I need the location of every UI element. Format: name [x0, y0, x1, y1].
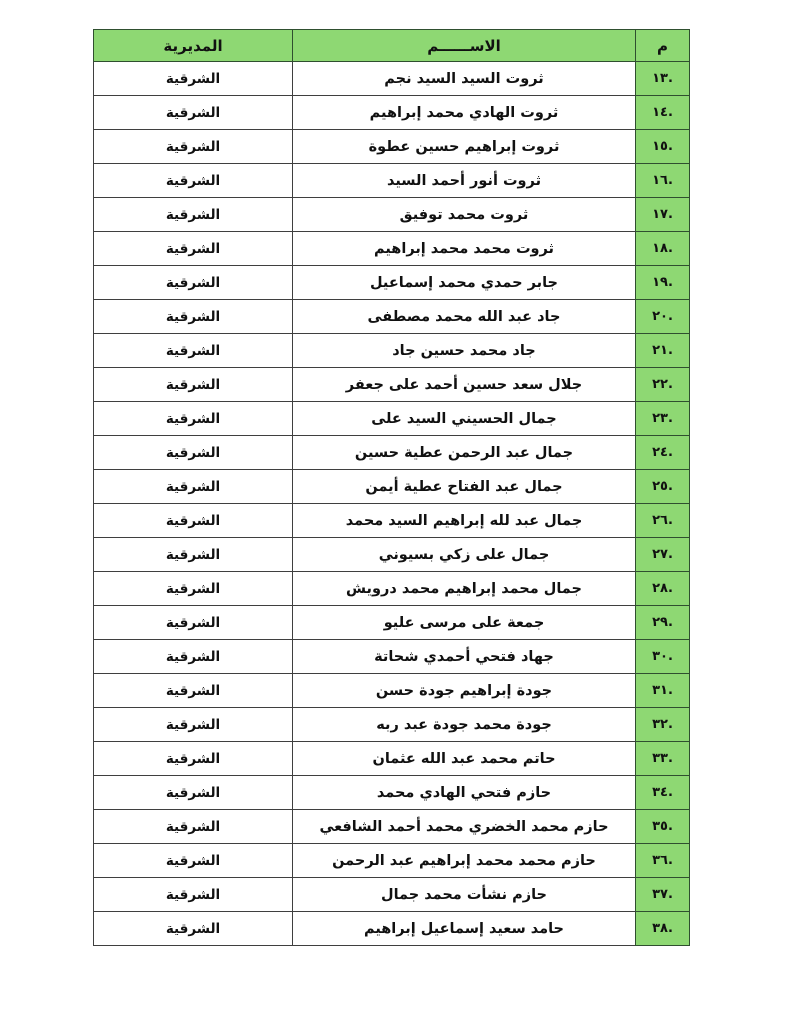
row-number: .١٥: [636, 130, 690, 164]
table-row: .٢٧جمال على زكي بسيونيالشرقية: [94, 538, 690, 572]
person-name: حازم محمد الخضري محمد أحمد الشافعي: [293, 810, 636, 844]
person-name: حازم محمد محمد إبراهيم عبد الرحمن: [293, 844, 636, 878]
row-number: .٢١: [636, 334, 690, 368]
row-number: .١٧: [636, 198, 690, 232]
directorate: الشرقية: [94, 912, 293, 946]
person-name: جابر حمدي محمد إسماعيل: [293, 266, 636, 300]
person-name: جلال سعد حسين أحمد على جعفر: [293, 368, 636, 402]
table-row: .٢٥جمال عبد الفتاح عطية أيمنالشرقية: [94, 470, 690, 504]
row-number: .٣٢: [636, 708, 690, 742]
table-row: .٣٧حازم نشأت محمد جمالالشرقية: [94, 878, 690, 912]
directorate: الشرقية: [94, 470, 293, 504]
row-number: .٣٨: [636, 912, 690, 946]
directorate: الشرقية: [94, 402, 293, 436]
directorate: الشرقية: [94, 436, 293, 470]
row-number: .١٩: [636, 266, 690, 300]
directorate: الشرقية: [94, 62, 293, 96]
directorate: الشرقية: [94, 232, 293, 266]
table-row: .٢٩جمعة على مرسى عليوالشرقية: [94, 606, 690, 640]
row-number: .٢٤: [636, 436, 690, 470]
person-name: جمعة على مرسى عليو: [293, 606, 636, 640]
directorate: الشرقية: [94, 96, 293, 130]
row-number: .١٦: [636, 164, 690, 198]
row-number: .٢٥: [636, 470, 690, 504]
directorate: الشرقية: [94, 776, 293, 810]
row-number: .٢٨: [636, 572, 690, 606]
table-row: .٢٣جمال الحسيني السيد علىالشرقية: [94, 402, 690, 436]
document-page: م الاســــــم المديرية .١٣ثروت السيد الس…: [93, 29, 689, 946]
table-row: .١٣ثروت السيد السيد نجمالشرقية: [94, 62, 690, 96]
directorate: الشرقية: [94, 334, 293, 368]
table-row: .٣٥حازم محمد الخضري محمد أحمد الشافعيالش…: [94, 810, 690, 844]
row-number: .٢٣: [636, 402, 690, 436]
table-row: .٢٤جمال عبد الرحمن عطية حسينالشرقية: [94, 436, 690, 470]
table-body: .١٣ثروت السيد السيد نجمالشرقية.١٤ثروت ال…: [94, 62, 690, 946]
row-number: .٢٠: [636, 300, 690, 334]
person-name: ثروت الهادي محمد إبراهيم: [293, 96, 636, 130]
table-row: .٣٠جهاد فتحي أحمدي شحاتةالشرقية: [94, 640, 690, 674]
directorate: الشرقية: [94, 606, 293, 640]
table-row: .٣٨حامد سعيد إسماعيل إبراهيمالشرقية: [94, 912, 690, 946]
table-row: .٣٣حاتم محمد عبد الله عثمانالشرقية: [94, 742, 690, 776]
row-number: .٣٠: [636, 640, 690, 674]
person-name: ثروت إبراهيم حسين عطوة: [293, 130, 636, 164]
person-name: حاتم محمد عبد الله عثمان: [293, 742, 636, 776]
directorate: الشرقية: [94, 300, 293, 334]
person-name: حازم نشأت محمد جمال: [293, 878, 636, 912]
directorate: الشرقية: [94, 504, 293, 538]
row-number: .٣١: [636, 674, 690, 708]
table-row: .١٧ثروت محمد توفيقالشرقية: [94, 198, 690, 232]
person-name: جاد عبد الله محمد مصطفى: [293, 300, 636, 334]
table-row: .٢٨جمال محمد إبراهيم محمد درويشالشرقية: [94, 572, 690, 606]
row-number: .١٤: [636, 96, 690, 130]
table-row: .١٩جابر حمدي محمد إسماعيلالشرقية: [94, 266, 690, 300]
table-row: .٣٤حازم فتحي الهادي محمدالشرقية: [94, 776, 690, 810]
header-row: م الاســــــم المديرية: [94, 30, 690, 62]
person-name: حامد سعيد إسماعيل إبراهيم: [293, 912, 636, 946]
row-number: .٣٧: [636, 878, 690, 912]
directorate: الشرقية: [94, 538, 293, 572]
directorate: الشرقية: [94, 742, 293, 776]
row-number: .٣٥: [636, 810, 690, 844]
row-number: .٢٧: [636, 538, 690, 572]
person-name: ثروت محمد محمد إبراهيم: [293, 232, 636, 266]
person-name: جمال عبد الفتاح عطية أيمن: [293, 470, 636, 504]
directorate: الشرقية: [94, 708, 293, 742]
person-name: جمال عبد الرحمن عطية حسين: [293, 436, 636, 470]
table-row: .١٥ثروت إبراهيم حسين عطوةالشرقية: [94, 130, 690, 164]
table-row: .١٦ثروت أنور أحمد السيدالشرقية: [94, 164, 690, 198]
directorate: الشرقية: [94, 130, 293, 164]
header-directorate: المديرية: [94, 30, 293, 62]
table-row: .٢٢جلال سعد حسين أحمد على جعفرالشرقية: [94, 368, 690, 402]
row-number: .٣٦: [636, 844, 690, 878]
directorate: الشرقية: [94, 368, 293, 402]
table-row: .٢١جاد محمد حسين جادالشرقية: [94, 334, 690, 368]
table-row: .٢٠جاد عبد الله محمد مصطفىالشرقية: [94, 300, 690, 334]
person-name: جودة إبراهيم جودة حسن: [293, 674, 636, 708]
directorate: الشرقية: [94, 878, 293, 912]
directorate: الشرقية: [94, 844, 293, 878]
table-row: .٣١جودة إبراهيم جودة حسنالشرقية: [94, 674, 690, 708]
row-number: .٢٦: [636, 504, 690, 538]
table-row: .٢٦جمال عبد لله إبراهيم السيد محمدالشرقي…: [94, 504, 690, 538]
row-number: .٣٣: [636, 742, 690, 776]
table-header: م الاســــــم المديرية: [94, 30, 690, 62]
header-name: الاســــــم: [293, 30, 636, 62]
row-number: .٢٢: [636, 368, 690, 402]
table-row: .٣٦حازم محمد محمد إبراهيم عبد الرحمنالشر…: [94, 844, 690, 878]
person-name: جمال محمد إبراهيم محمد درويش: [293, 572, 636, 606]
names-table: م الاســــــم المديرية .١٣ثروت السيد الس…: [93, 29, 690, 946]
person-name: ثروت السيد السيد نجم: [293, 62, 636, 96]
person-name: ثروت محمد توفيق: [293, 198, 636, 232]
row-number: .٣٤: [636, 776, 690, 810]
person-name: جمال الحسيني السيد على: [293, 402, 636, 436]
directorate: الشرقية: [94, 810, 293, 844]
person-name: ثروت أنور أحمد السيد: [293, 164, 636, 198]
directorate: الشرقية: [94, 198, 293, 232]
row-number: .١٣: [636, 62, 690, 96]
person-name: جودة محمد جودة عبد ربه: [293, 708, 636, 742]
row-number: .١٨: [636, 232, 690, 266]
person-name: جمال عبد لله إبراهيم السيد محمد: [293, 504, 636, 538]
directorate: الشرقية: [94, 674, 293, 708]
person-name: جهاد فتحي أحمدي شحاتة: [293, 640, 636, 674]
row-number: .٢٩: [636, 606, 690, 640]
directorate: الشرقية: [94, 164, 293, 198]
person-name: جاد محمد حسين جاد: [293, 334, 636, 368]
table-row: .١٤ثروت الهادي محمد إبراهيمالشرقية: [94, 96, 690, 130]
table-row: .١٨ثروت محمد محمد إبراهيمالشرقية: [94, 232, 690, 266]
header-number: م: [636, 30, 690, 62]
directorate: الشرقية: [94, 640, 293, 674]
table-row: .٣٢جودة محمد جودة عبد ربهالشرقية: [94, 708, 690, 742]
directorate: الشرقية: [94, 266, 293, 300]
directorate: الشرقية: [94, 572, 293, 606]
person-name: جمال على زكي بسيوني: [293, 538, 636, 572]
person-name: حازم فتحي الهادي محمد: [293, 776, 636, 810]
